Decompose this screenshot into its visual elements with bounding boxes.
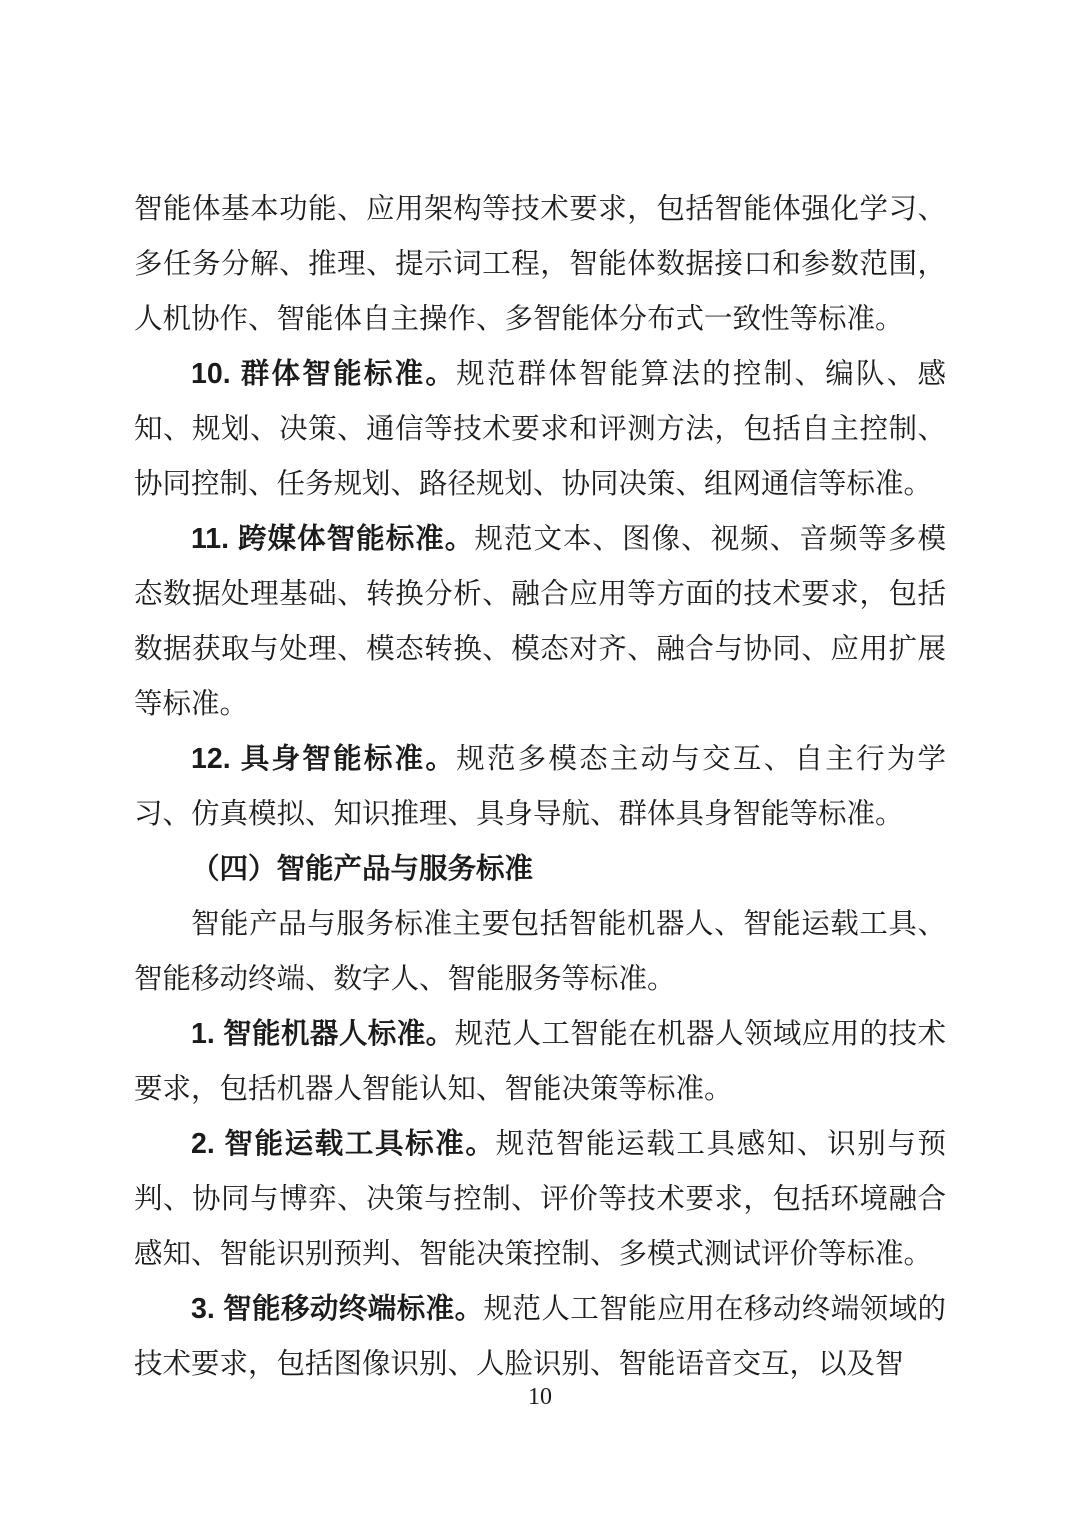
paragraph-item-11-cross-media-intelligence: 11. 跨媒体智能标准。规范文本、图像、视频、音频等多模态数据处理基础、转换分析…	[134, 512, 946, 732]
paragraph-item-1-intelligent-robot: 1. 智能机器人标准。规范人工智能在机器人领域应用的技术要求，包括机器人智能认知…	[134, 1007, 946, 1117]
document-page: 智能体基本功能、应用架构等技术要求，包括智能体强化学习、多任务分解、推理、提示词…	[0, 0, 1080, 1527]
paragraph-text: 智能产品与服务标准主要包括智能机器人、智能运载工具、智能移动终端、数字人、智能服…	[134, 909, 946, 995]
paragraph-label: 3. 智能移动终端标准。	[191, 1293, 484, 1325]
section-heading-4-intelligent-products-services: （四）智能产品与服务标准	[134, 842, 946, 897]
paragraph-item-10-swarm-intelligence: 10. 群体智能标准。规范群体智能算法的控制、编队、感知、规划、决策、通信等技术…	[134, 347, 946, 512]
paragraph-label: 12. 具身智能标准。	[191, 743, 456, 775]
paragraph-agent-standards-continuation: 智能体基本功能、应用架构等技术要求，包括智能体强化学习、多任务分解、推理、提示词…	[134, 182, 946, 347]
paragraph-item-3-intelligent-mobile-terminal: 3. 智能移动终端标准。规范人工智能应用在移动终端领域的技术要求，包括图像识别、…	[134, 1282, 946, 1392]
paragraph-label: 10. 群体智能标准。	[191, 358, 456, 390]
page-number: 10	[528, 1384, 552, 1410]
paragraph-item-2-intelligent-vehicle: 2. 智能运载工具标准。规范智能运载工具感知、识别与预判、协同与博弈、决策与控制…	[134, 1117, 946, 1282]
paragraph-label: 11. 跨媒体智能标准。	[191, 523, 474, 555]
document-text-block: 智能体基本功能、应用架构等技术要求，包括智能体强化学习、多任务分解、推理、提示词…	[134, 182, 946, 1392]
paragraph-item-12-embodied-intelligence: 12. 具身智能标准。规范多模态主动与交互、自主行为学习、仿真模拟、知识推理、具…	[134, 732, 946, 842]
paragraph-text: 智能体基本功能、应用架构等技术要求，包括智能体强化学习、多任务分解、推理、提示词…	[134, 194, 946, 335]
paragraph-products-services-overview: 智能产品与服务标准主要包括智能机器人、智能运载工具、智能移动终端、数字人、智能服…	[134, 897, 946, 1007]
page-footer: 10	[0, 1382, 1080, 1412]
paragraph-label: 1. 智能机器人标准。	[191, 1018, 455, 1050]
paragraph-label: 2. 智能运载工具标准。	[191, 1128, 496, 1160]
section-heading-text: （四）智能产品与服务标准	[191, 853, 533, 885]
